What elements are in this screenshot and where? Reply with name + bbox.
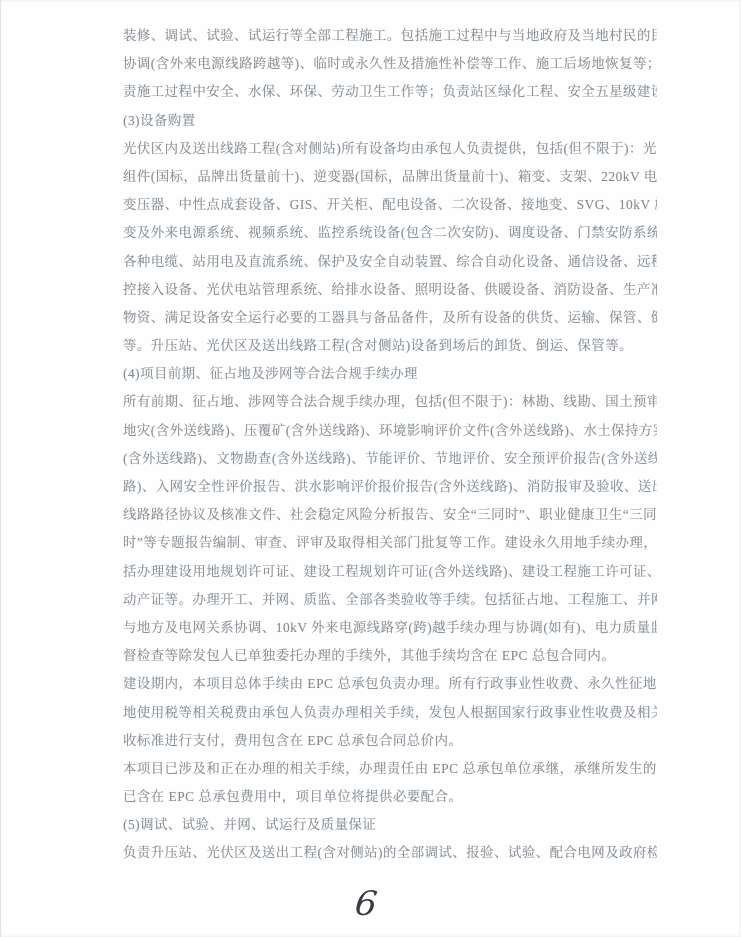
text-line: 所有前期、征占地、涉网等合法合规手续办理，包括(但不限于)：林勘、线勘、国土预审…: [123, 388, 657, 416]
section-heading-equipment-procurement: (3)设备购置: [123, 107, 657, 135]
text-line: 变及外来电源系统、视频系统、监控系统设备(包含二次安防)、调度设备、门禁安防系统…: [123, 219, 657, 247]
text-line: 组件(国标，品牌出货量前十)、逆变器(国标，品牌出货量前十)、箱变、支架、220…: [123, 163, 657, 191]
text-line: 本项目已涉及和正在办理的相关手续，办理责任由 EPC 总承包单位承继，承继所发生…: [123, 755, 657, 783]
section-heading-preliminary-procedures: (4)项目前期、征占地及涉网等合法合规手续办理: [123, 360, 657, 388]
text-line: 各种电缆、站用电及直流系统、保护及安全自动装置、综合自动化设备、通信设备、远程集: [123, 248, 657, 276]
text-line: 装修、调试、试验、试运行等全部工程施工。包括施工过程中与当地政府及当地村民的民事: [123, 22, 657, 50]
text-line: 督检查等除发包人已单独委托办理的手续外，其他手续均含在 EPC 总包合同内。: [123, 642, 657, 670]
text-line: 收标准进行支付，费用包含在 EPC 总承包合同总价内。: [123, 727, 657, 755]
text-line: 路)、入网安全性评价报告、洪水影响评价报价报告(含外送线路)、消防报审及验收、送…: [123, 473, 657, 501]
document-text-block: 装修、调试、试验、试运行等全部工程施工。包括施工过程中与当地政府及当地村民的民事…: [123, 22, 657, 868]
text-line: 协调(含外来电源线路跨越等)、临时或永久性及措施性补偿等工作、施工后场地恢复等；…: [123, 50, 657, 78]
text-line: 括办理建设用地规划许可证、建设工程规划许可证(含外送线路)、建设工程施工许可证、…: [123, 558, 657, 586]
text-line: 地灾(含外送线路)、压覆矿(含外送线路)、环境影响评价文件(含外送线路)、水土保…: [123, 417, 657, 445]
text-line: 与地方及电网关系协调、10kV 外来电源线路穿(跨)越手续办理与协调(如有)、电…: [123, 614, 657, 642]
text-line: 地使用税等相关税费由承包人负责办理相关手续，发包人根据国家行政事业性收费及相关税: [123, 699, 657, 727]
scanned-document-page: 装修、调试、试验、试运行等全部工程施工。包括施工过程中与当地政府及当地村民的民事…: [0, 0, 741, 937]
text-line: 负责升压站、光伏区及送出工程(含对侧站)的全部调试、报验、试验、配合电网及政府检…: [123, 839, 657, 867]
text-line: 时”等专题报告编制、审查、评审及取得相关部门批复等工作。建设永久用地手续办理，包: [123, 529, 657, 557]
text-line: 控接入设备、光伏电站管理系统、给排水设备、照明设备、供暖设备、消防设备、生产准备: [123, 276, 657, 304]
text-line: 已含在 EPC 总承包费用中，项目单位将提供必要配合。: [123, 783, 657, 811]
text-line: 线路路径协议及核准文件、社会稳定风险分析报告、安全“三同时”、职业健康卫生“三同: [123, 501, 657, 529]
text-line: 建设期内，本项目总体手续由 EPC 总承包负责办理。所有行政事业性收费、永久性征…: [123, 670, 657, 698]
text-line: 动产证等。办理开工、并网、质监、全部各类验收等手续。包括征占地、工程施工、并网等: [123, 586, 657, 614]
handwritten-page-number: 6: [346, 883, 387, 925]
text-line: 物资、满足设备安全运行必要的工器具与备品备件，及所有设备的供货、运输、保管、倒运: [123, 304, 657, 332]
text-line: 责施工过程中安全、水保、环保、劳动卫生工作等；负责站区绿化工程、安全五星级建设。: [123, 78, 657, 106]
section-heading-commissioning-quality: (5)调试、试验、并网、试运行及质量保证: [123, 811, 657, 839]
text-line: 变压器、中性点成套设备、GIS、开关柜、配电设备、二次设备、接地变、SVG、10…: [123, 191, 657, 219]
text-line: (含外送线路)、文物勘查(含外送线路)、节能评价、节地评价、安全预评价报告(含外…: [123, 445, 657, 473]
text-line: 等。升压站、光伏区及送出线路工程(含对侧站)设备到场后的卸货、倒运、保管等。: [123, 332, 657, 360]
text-line: 光伏区内及送出线路工程(含对侧站)所有设备均由承包人负责提供，包括(但不限于)：…: [123, 135, 657, 163]
